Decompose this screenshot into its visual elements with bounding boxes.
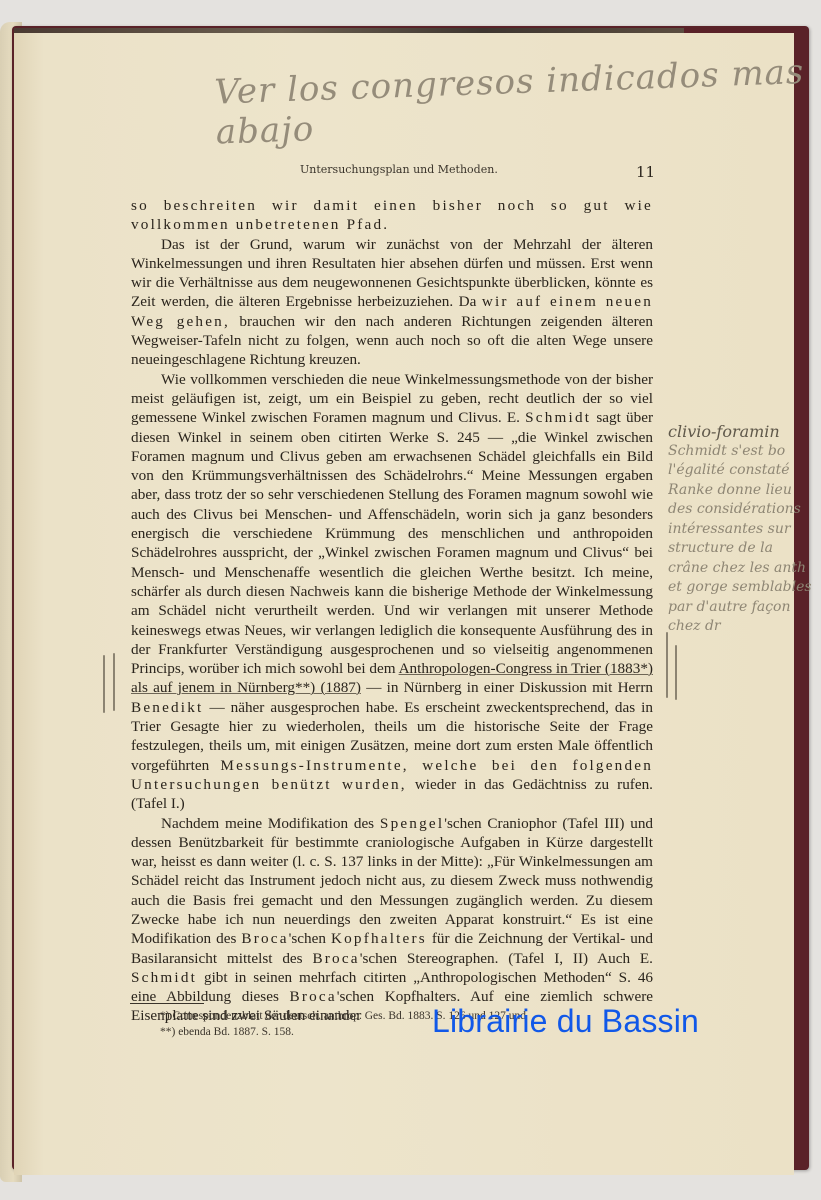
paragraph-3: Wie vollkommen verschieden die neue Wink… <box>131 370 653 814</box>
paragraph-2: Das ist der Grund, warum wir zunächst vo… <box>131 235 653 370</box>
watermark-text: Librairie du Bassin <box>432 1003 699 1040</box>
body-text: so beschreiten wir damit einen bisher no… <box>131 196 653 1026</box>
page-number: 11 <box>636 163 655 181</box>
name-schmidt: Schmidt <box>525 409 591 426</box>
right-margin-mark <box>666 632 668 698</box>
name-spengel: Spengel <box>380 815 444 832</box>
running-title: Untersuchungsplan und Methoden. <box>300 163 498 176</box>
footnote-rule <box>130 1003 204 1004</box>
paragraph-1: so beschreiten wir damit einen bisher no… <box>131 196 653 235</box>
handwritten-margin-notes: clivio-foramin Schmidt s'est bo l'égalit… <box>668 422 818 637</box>
name-benedikt: Benedikt <box>131 699 203 716</box>
left-margin-mark <box>103 655 105 713</box>
paragraph-4: Nachdem meine Modifikation des Spengel's… <box>131 814 653 1026</box>
left-margin-mark <box>113 653 115 711</box>
right-margin-mark <box>675 645 677 700</box>
